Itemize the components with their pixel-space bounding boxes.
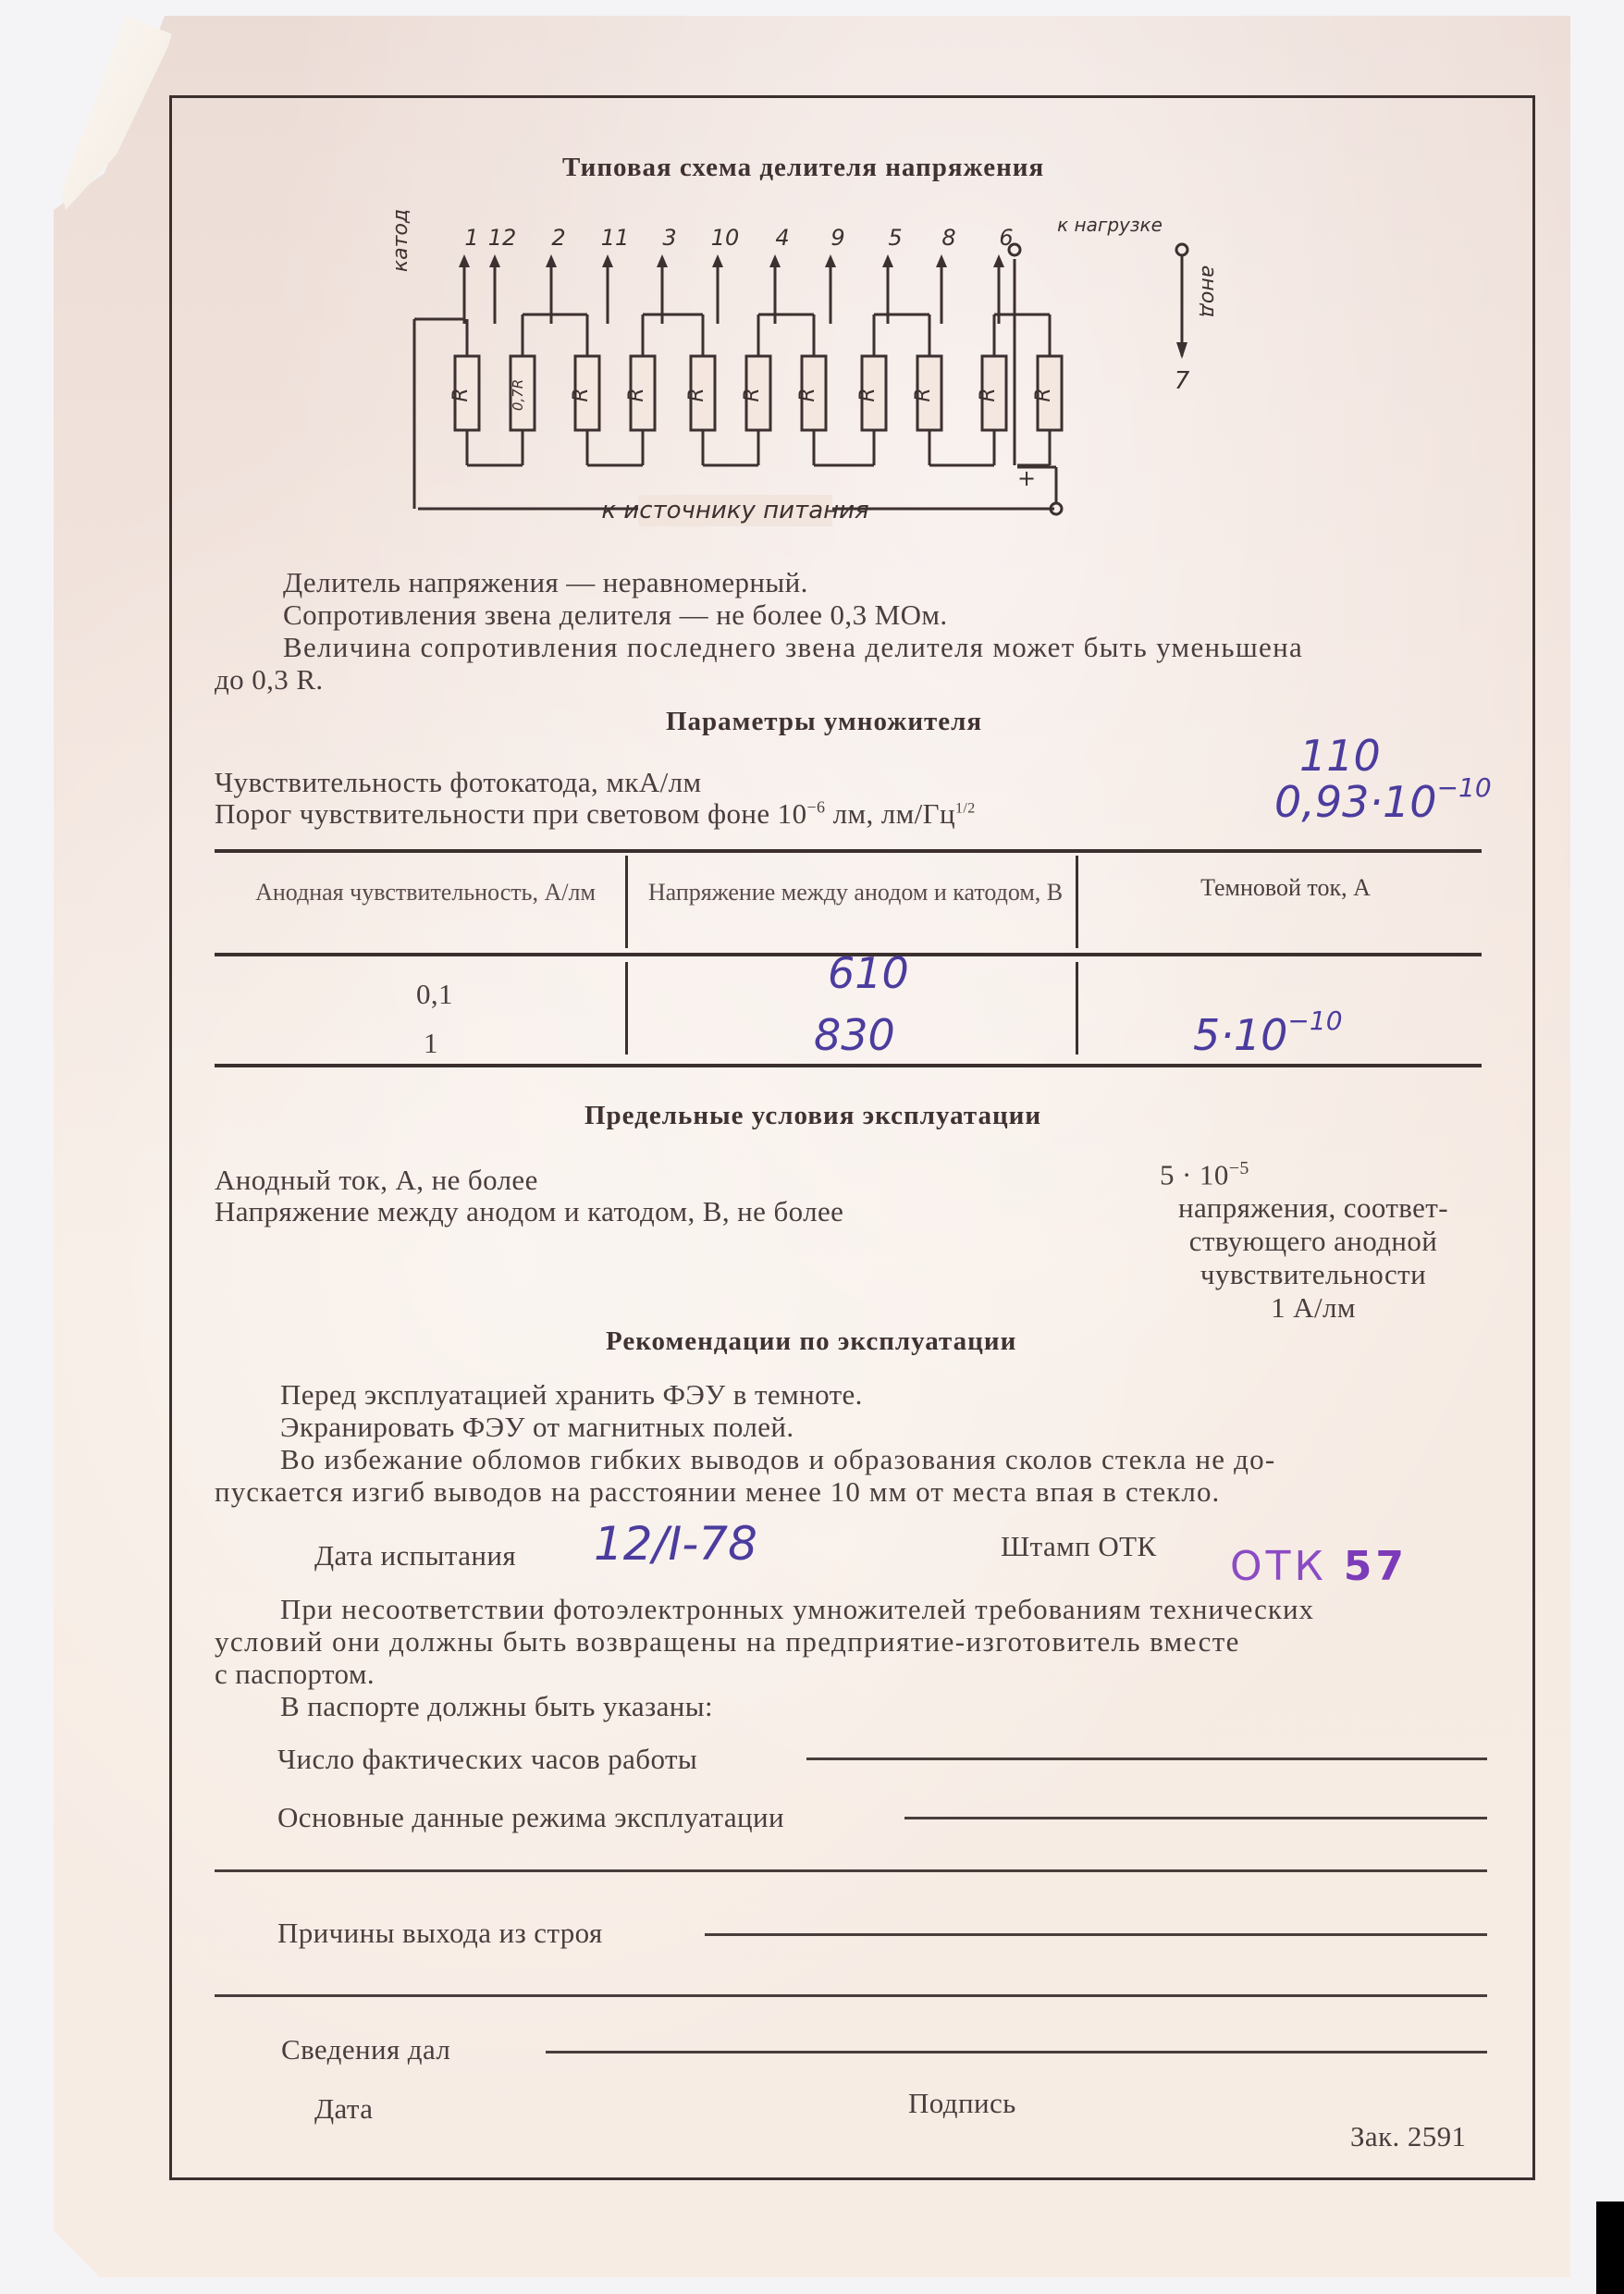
hours-label: Число фактических часов работы: [277, 1743, 697, 1776]
note-last-link-b: до 0,3 R.: [215, 663, 324, 697]
anode-current-mantissa: 5 · 10: [1160, 1158, 1229, 1190]
anode-current-label: Анодный ток, А, не более: [215, 1164, 538, 1197]
max-voltage-line-4: 1 А/лм: [1156, 1291, 1470, 1325]
threshold-unit: лм, лм/Гц: [825, 797, 955, 830]
table-header-dark-current: Темновой ток, А: [1091, 874, 1480, 902]
dark-current-exp: −10: [1287, 1005, 1342, 1036]
return-notice-line-1: При несоответствии фотоэлектронных умнож…: [280, 1593, 1314, 1626]
table-bottom-rule: [215, 1064, 1482, 1067]
svg-text:11: 11: [601, 225, 630, 251]
svg-text:R: R: [570, 388, 593, 401]
svg-text:12: 12: [488, 225, 517, 251]
table-row-1-voltage: 610: [828, 948, 909, 998]
table-row-1-sensitivity: 0,1: [416, 978, 453, 1011]
table-col-divider-1b: [625, 962, 628, 1054]
dark-current-mantissa: 5·10: [1193, 1010, 1287, 1060]
otk-stamp-text: ОТК: [1230, 1543, 1327, 1590]
table-col-divider-2: [1076, 856, 1078, 948]
anode-current-exp: −5: [1229, 1158, 1249, 1178]
svg-text:3: 3: [662, 225, 676, 251]
operating-mode-field[interactable]: [904, 1817, 1487, 1819]
scan-edge-shadow: [1596, 2201, 1624, 2294]
operating-mode-field-line-2[interactable]: [215, 1869, 1487, 1872]
threshold-value-mantissa: 0,93·10: [1274, 777, 1437, 827]
max-voltage-label: Напряжение между анодом и катодом, В, не…: [215, 1195, 843, 1228]
table-row-2-voltage: 830: [814, 1010, 895, 1060]
svg-text:8: 8: [941, 225, 955, 251]
date-label: Дата: [314, 2092, 373, 2126]
svg-text:R: R: [449, 388, 473, 401]
table-row-2-dark-current: 5·10−10: [1193, 1010, 1343, 1060]
limits-title: Предельные условия эксплуатации: [584, 1101, 1041, 1131]
signature-label: Подпись: [908, 2087, 1016, 2120]
note-last-link-a: Величина сопротивления последнего звена …: [283, 631, 1303, 664]
table-top-rule: [215, 849, 1482, 853]
anode-current-value: 5 · 10−5: [1160, 1158, 1249, 1191]
recommendations-title: Рекомендации по эксплуатации: [606, 1326, 1016, 1357]
svg-text:2: 2: [551, 225, 565, 251]
order-number: Зак. 2591: [1350, 2120, 1466, 2153]
otk-stamp-number: 57: [1344, 1543, 1408, 1590]
svg-text:к нагрузке: к нагрузке: [1057, 214, 1163, 236]
voltage-divider-diagram: катодк источнику питания+11221131049586к…: [388, 203, 1332, 536]
svg-text:к источнику питания: к источнику питания: [601, 497, 868, 524]
svg-text:R: R: [1032, 388, 1055, 401]
svg-text:катод: катод: [389, 209, 412, 272]
svg-text:R: R: [625, 388, 648, 401]
max-voltage-value: напряжения, соответ- ствующего анодной ч…: [1156, 1191, 1470, 1325]
svg-text:R: R: [856, 388, 880, 401]
test-date-value: 12/I-78: [594, 1517, 757, 1571]
return-notice-line-2: условий они должны быть возвращены на пр…: [215, 1625, 1240, 1659]
svg-text:+: +: [1017, 465, 1036, 491]
svg-text:R: R: [977, 388, 1000, 401]
recommendation-3a: Во избежание обломов гибких выводов и об…: [280, 1443, 1275, 1476]
svg-text:R: R: [685, 388, 708, 401]
threshold-exp: −6: [806, 798, 825, 817]
failure-reason-field[interactable]: [705, 1933, 1487, 1936]
max-voltage-line-3: чувствительности: [1156, 1258, 1470, 1291]
hours-field[interactable]: [806, 1757, 1487, 1760]
table-col-divider-2b: [1076, 962, 1078, 1054]
table-row-2-sensitivity: 1: [424, 1027, 438, 1060]
svg-text:0,7R: 0,7R: [510, 379, 526, 411]
svg-text:1: 1: [464, 225, 478, 251]
recommendation-3b: пускается изгиб выводов на расстоянии ме…: [215, 1475, 1220, 1509]
svg-text:5: 5: [888, 225, 902, 251]
threshold-label: Порог чувствительности при световом фоне…: [215, 797, 976, 831]
svg-text:R: R: [912, 388, 935, 401]
svg-text:R: R: [796, 388, 819, 401]
photocathode-sensitivity-value: 110: [1299, 731, 1381, 781]
info-provider-label: Сведения дал: [281, 2033, 450, 2066]
recommendation-1: Перед эксплуатацией хранить ФЭУ в темнот…: [280, 1378, 863, 1412]
svg-text:R: R: [741, 388, 764, 401]
failure-reason-label: Причины выхода из строя: [277, 1917, 603, 1950]
failure-reason-field-line-2[interactable]: [215, 1994, 1487, 1997]
svg-text:9: 9: [830, 225, 844, 251]
svg-text:4: 4: [775, 225, 789, 251]
recommendation-2: Экранировать ФЭУ от магнитных полей.: [280, 1411, 794, 1444]
table-header-sensitivity: Анодная чувствительность, А/лм: [231, 874, 620, 911]
scheme-title: Типовая схема делителя напряжения: [562, 153, 1044, 183]
test-date-label: Дата испытания: [314, 1539, 516, 1572]
parameters-title: Параметры умножителя: [666, 707, 982, 737]
otk-stamp: ОТК 57: [1230, 1543, 1408, 1590]
info-provider-field[interactable]: [546, 2051, 1487, 2053]
operating-mode-label: Основные данные режима эксплуатации: [277, 1801, 784, 1834]
passport-requirements-heading: В паспорте должны быть указаны:: [280, 1690, 713, 1723]
note-link-resistance: Сопротивления звена делителя — не более …: [283, 598, 948, 632]
svg-text:7: 7: [1175, 367, 1190, 395]
svg-text:10: 10: [711, 225, 740, 251]
threshold-unit-exp: 1/2: [955, 801, 976, 817]
threshold-value: 0,93·10−10: [1274, 777, 1492, 827]
note-divider-type: Делитель напряжения — неравномерный.: [283, 566, 808, 599]
table-col-divider-1: [625, 856, 628, 948]
svg-text:анод: анод: [1197, 265, 1220, 318]
table-header-voltage: Напряжение между анодом и катодом, В: [647, 874, 1064, 911]
max-voltage-line-2: ствующего анодной: [1156, 1225, 1470, 1258]
stamp-label: Штамп ОТК: [1001, 1530, 1157, 1563]
max-voltage-line-1: напряжения, соответ-: [1156, 1191, 1470, 1225]
threshold-label-text: Порог чувствительности при световом фоне…: [215, 797, 806, 830]
return-notice-line-3: с паспортом.: [215, 1658, 375, 1691]
photocathode-sensitivity-label: Чувствительность фотокатода, мкА/лм: [215, 766, 702, 799]
threshold-value-exp: −10: [1437, 772, 1492, 803]
